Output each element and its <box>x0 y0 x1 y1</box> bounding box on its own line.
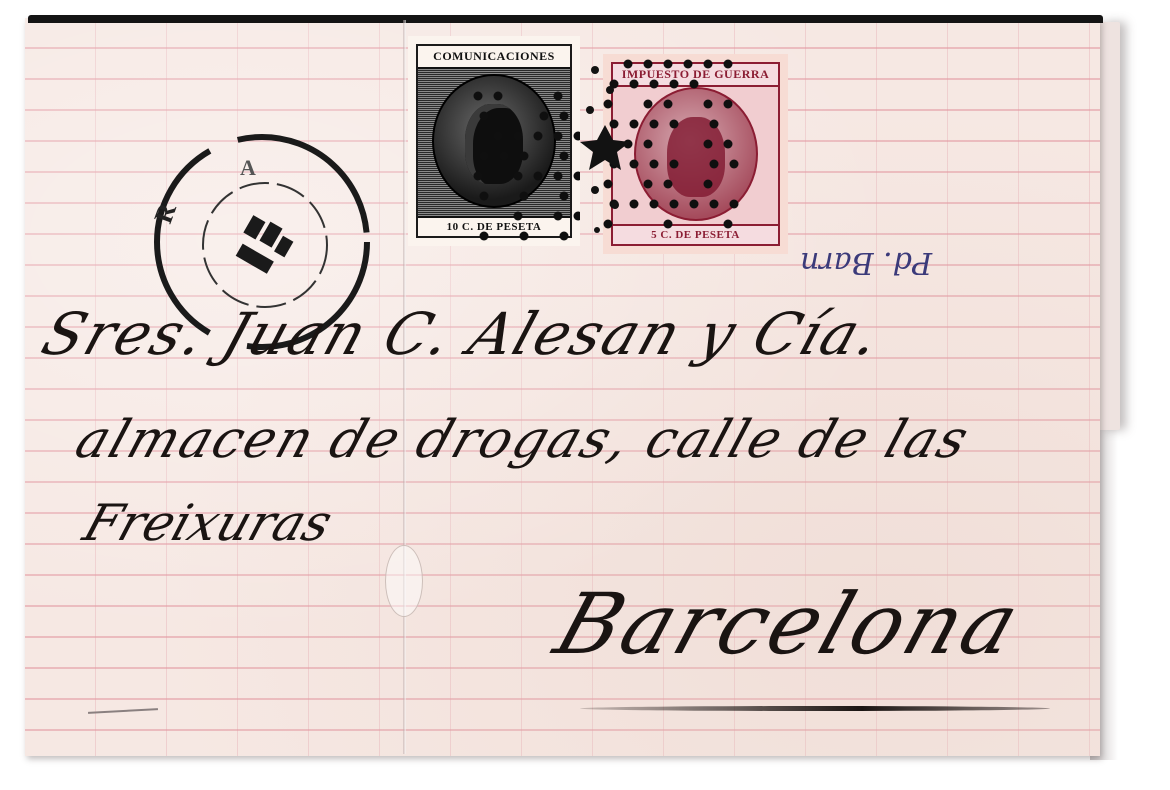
address-line-1: Sres. Juan C. Alesan y Cía. <box>34 300 891 368</box>
stamp-frame: IMPUESTO DE GUERRA 5 C. DE PESETA <box>611 62 780 246</box>
address-line-3: Freixuras <box>77 494 340 552</box>
stamp-frame: COMUNICACIONES 10 C. DE PESETA <box>416 44 572 238</box>
svg-text:R: R <box>148 199 182 227</box>
stamp-10c-black: COMUNICACIONES 10 C. DE PESETA <box>408 36 580 246</box>
top-edge <box>28 15 1103 23</box>
upside-down-annotation: Pd. Barn <box>800 245 932 280</box>
king-portrait-icon <box>667 117 725 197</box>
king-portrait-icon <box>465 104 523 184</box>
portrait-medallion <box>634 87 758 221</box>
svg-text:A: A <box>240 155 256 180</box>
stamp-top-text: IMPUESTO DE GUERRA <box>613 64 778 87</box>
fold-crease <box>403 20 406 754</box>
address-line-2: almacen de drogas, calle de las <box>68 410 977 470</box>
stamp-top-text: COMUNICACIONES <box>418 46 570 69</box>
folded-flap <box>1098 22 1120 430</box>
star-cancellation-icon <box>575 40 635 260</box>
stamp-value-text: 5 C. DE PESETA <box>613 224 778 244</box>
stamp-value-text: 10 C. DE PESETA <box>418 216 570 236</box>
city-underline <box>580 706 1050 711</box>
seal-impression <box>385 545 423 617</box>
address-city: Barcelona <box>544 575 1033 673</box>
portrait-medallion <box>432 74 556 208</box>
